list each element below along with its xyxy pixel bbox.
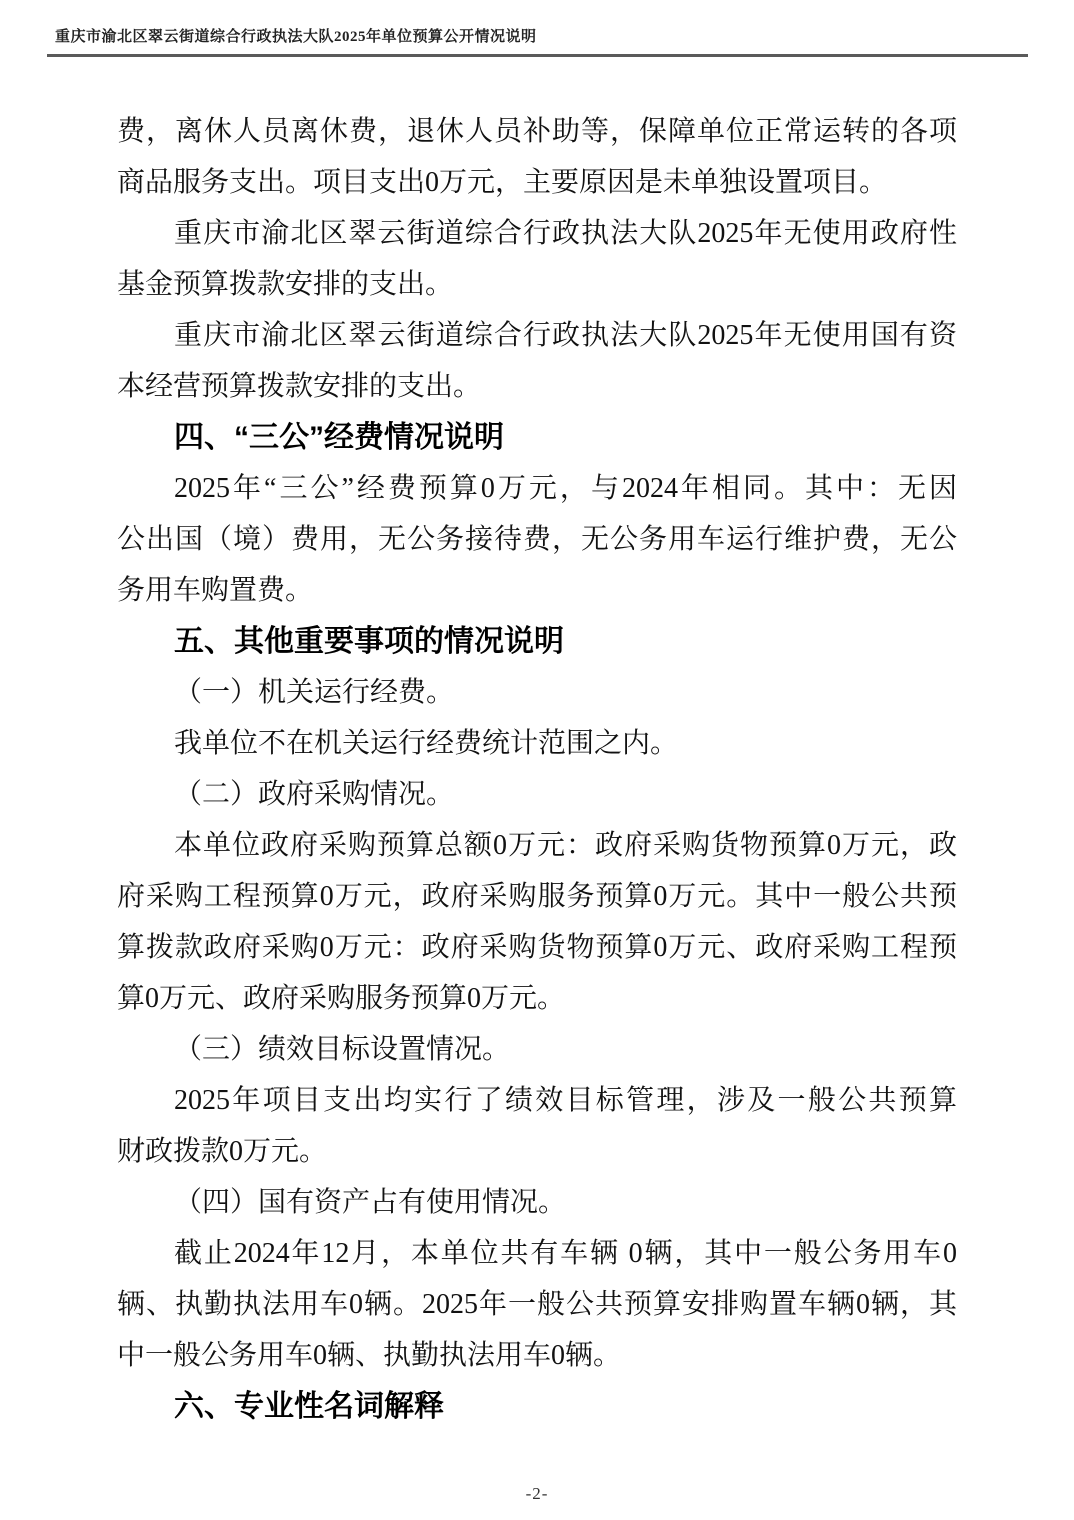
- sub-section-heading: （三）绩效目标设置情况。: [117, 1024, 957, 1075]
- text-line: 财政拨款0万元。: [117, 1126, 957, 1177]
- text-line: 算0万元、政府采购服务预算0万元。: [117, 973, 957, 1024]
- text-line: 2025年“三公”经费预算0万元，与2024年相同。其中：无因: [117, 463, 957, 514]
- sub-section-heading: （二）政府采购情况。: [117, 769, 957, 820]
- text-line: 2025年项目支出均实行了绩效目标管理，涉及一般公共预算: [117, 1075, 957, 1126]
- page-number: -2-: [526, 1484, 549, 1503]
- sub-section-heading: （一）机关运行经费。: [117, 667, 957, 718]
- text-line: 本单位政府采购预算总额0万元：政府采购货物预算0万元，政: [117, 820, 957, 871]
- text-line: 本经营预算拨款安排的支出。: [117, 361, 957, 412]
- text-line: 府采购工程预算0万元，政府采购服务预算0万元。其中一般公共预: [117, 871, 957, 922]
- text-line: 截止2024年12月，本单位共有车辆 0辆，其中一般公务用车0: [117, 1228, 957, 1279]
- document-body: 费，离休人员离休费，退休人员补助等，保障单位正常运转的各项商品服务支出。项目支出…: [117, 106, 957, 1432]
- text-line: 重庆市渝北区翠云街道综合行政执法大队2025年无使用国有资: [117, 310, 957, 361]
- section-heading: 四、“三公”经费情况说明: [117, 412, 957, 463]
- section-heading: 六、专业性名词解释: [117, 1381, 957, 1432]
- text-line: 费，离休人员离休费，退休人员补助等，保障单位正常运转的各项: [117, 106, 957, 157]
- text-line: 算拨款政府采购0万元：政府采购货物预算0万元、政府采购工程预: [117, 922, 957, 973]
- page-footer: -2-: [0, 1484, 1074, 1504]
- text-line: 我单位不在机关运行经费统计范围之内。: [117, 718, 957, 769]
- text-line: 重庆市渝北区翠云街道综合行政执法大队2025年无使用政府性: [117, 208, 957, 259]
- text-line: 辆、执勤执法用车0辆。2025年一般公共预算安排购置车辆0辆，其: [117, 1279, 957, 1330]
- section-heading: 五、其他重要事项的情况说明: [117, 616, 957, 667]
- text-line: 公出国（境）费用，无公务接待费，无公务用车运行维护费，无公: [117, 514, 957, 565]
- document-page: 重庆市渝北区翠云街道综合行政执法大队2025年单位预算公开情况说明 费，离休人员…: [0, 0, 1074, 1520]
- header-title: 重庆市渝北区翠云街道综合行政执法大队2025年单位预算公开情况说明: [47, 27, 1028, 47]
- text-line: 务用车购置费。: [117, 565, 957, 616]
- text-line: 中一般公务用车0辆、执勤执法用车0辆。: [117, 1330, 957, 1381]
- text-line: 商品服务支出。项目支出0万元，主要原因是未单独设置项目。: [117, 157, 957, 208]
- page-header: 重庆市渝北区翠云街道综合行政执法大队2025年单位预算公开情况说明: [47, 27, 1028, 57]
- text-line: 基金预算拨款安排的支出。: [117, 259, 957, 310]
- sub-section-heading: （四）国有资产占有使用情况。: [117, 1177, 957, 1228]
